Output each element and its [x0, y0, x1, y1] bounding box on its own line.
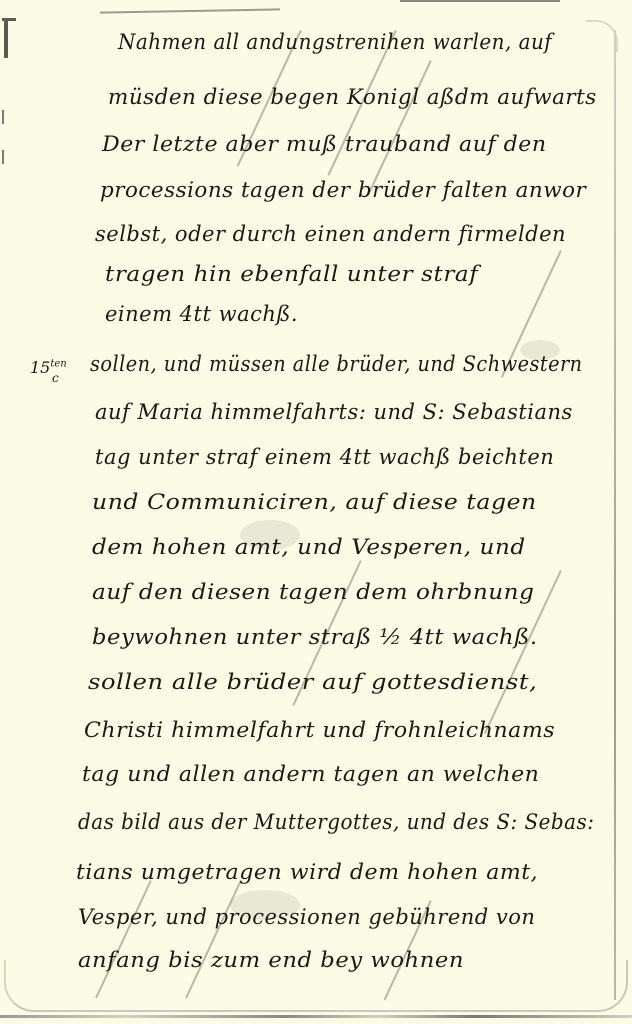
text-line: tians umgetragen wird dem hohen amt, — [76, 860, 538, 884]
text-line: Christi himmelfahrt und frohnleichnams — [84, 718, 555, 742]
text-line: tragen hin ebenfall unter straf — [105, 262, 478, 286]
manuscript-text: Nahmen all andungstrenihen warlen, auf m… — [0, 0, 632, 1024]
text-line: dem hohen amt, und Vesperen, und — [92, 535, 526, 559]
text-line: auf den diesen tagen dem ohrbnung — [92, 580, 534, 604]
text-line: selbst, oder durch einen andern firmelde… — [95, 222, 566, 246]
text-line: Der letzte aber muß trauband auf den — [102, 132, 547, 156]
text-line: Nahmen all andungstrenihen warlen, auf — [118, 30, 552, 54]
manuscript-page: 15ten c Nahmen all andungstrenihen warle… — [0, 0, 632, 1024]
text-line: einem 4tt wachß. — [105, 302, 298, 326]
text-line: tag unter straf einem 4tt wachß beichten — [95, 445, 554, 469]
text-line: sollen alle brüder auf gottesdienst, — [88, 670, 537, 694]
text-line: das bild aus der Muttergottes, und des S… — [78, 810, 594, 834]
text-line: Vesper, und processionen gebührend von — [78, 905, 535, 929]
text-line: anfang bis zum end bey wohnen — [78, 948, 464, 972]
text-line: und Communiciren, auf diese tagen — [92, 490, 537, 514]
text-line: sollen, und müssen alle brüder, und Schw… — [90, 352, 583, 376]
text-line: müsden diese begen Konigl aßdm aufwarts — [108, 85, 597, 109]
text-line: processions tagen der brüder falten anwo… — [100, 178, 586, 202]
text-line: beywohnen unter straß ½ 4tt wachß. — [92, 625, 538, 649]
text-line: tag und allen andern tagen an welchen — [82, 762, 539, 786]
text-line: auf Maria himmelfahrts: und S: Sebastian… — [95, 400, 573, 424]
